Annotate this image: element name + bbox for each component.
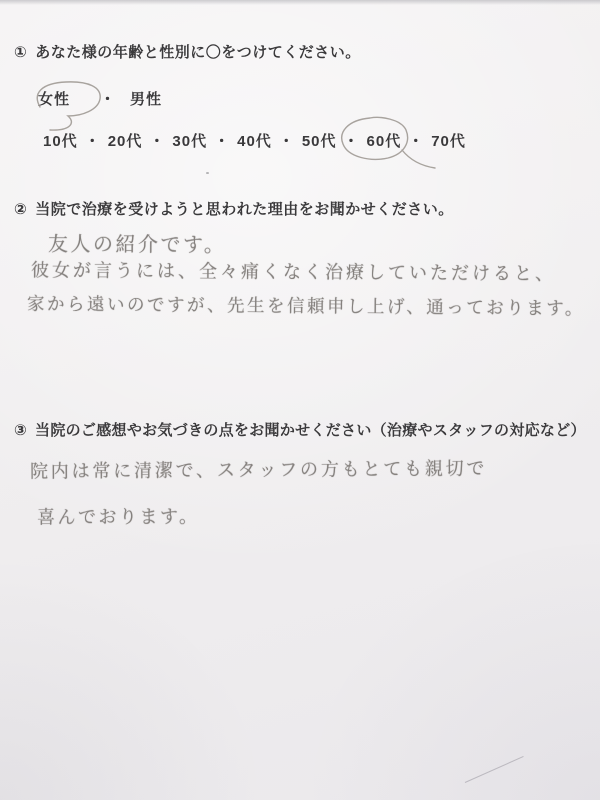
q2-handwritten-line-3: 家から遠いのですが、先生を信頼申し上げ、通っております。 — [27, 291, 585, 321]
q3-handwritten-line-1: 院内は常に清潔で、スタッフの方もとても親切で — [30, 454, 487, 483]
separator-dot: ・ — [408, 130, 424, 151]
question-2-text: 当院で治療を受けようと思われた理由をお聞かせください。 — [35, 201, 454, 218]
q3-handwritten-line-2: 喜んでおります。 — [37, 503, 200, 530]
question-3-text: 当院のご感想やお気づきの点をお聞かせください（治療やスタッフの対応など） — [35, 422, 586, 439]
age-option-50s: 50代 — [302, 130, 337, 151]
question-1-header: ①あなた様の年齢と性別に〇をつけてください。 — [14, 41, 361, 62]
question-3-header: ③当院のご感想やお気づきの点をお聞かせください（治療やスタッフの対応など） — [14, 419, 586, 440]
age-option-60s: 60代 — [367, 130, 402, 151]
question-1-number: ① — [14, 44, 27, 61]
gender-option-female: 女性 — [38, 88, 70, 109]
age-option-20s: 20代 — [108, 130, 143, 151]
question-1-text: あなた様の年齢と性別に〇をつけてください。 — [35, 44, 361, 61]
separator-dot: ・ — [149, 130, 165, 151]
gender-option-male: 男性 — [130, 88, 162, 109]
q2-handwritten-line-2: 彼女が言うには、全々痛くなく治療していただけると、 — [31, 256, 556, 286]
q2-handwritten-line-1: 友人の紹介です。 — [48, 228, 227, 258]
gender-options-row: 女性 ・ 男性 — [38, 88, 162, 109]
age-option-30s: 30代 — [172, 130, 207, 151]
age-option-40s: 40代 — [237, 130, 272, 151]
separator-dot: ・ — [279, 130, 295, 151]
separator-dot: ・ — [100, 88, 116, 109]
question-3-number: ③ — [14, 422, 27, 439]
paper-speck — [206, 172, 209, 174]
paper-top-edge-shadow — [0, 0, 600, 5]
separator-dot: ・ — [85, 130, 101, 151]
age-option-70s: 70代 — [431, 130, 466, 151]
age-options-row: 10代 ・ 20代 ・ 30代 ・ 40代 ・ 50代 ・ 60代 ・ 70代 — [43, 130, 466, 151]
separator-dot: ・ — [214, 130, 230, 151]
questionnaire-photo: ①あなた様の年齢と性別に〇をつけてください。 女性 ・ 男性 10代 ・ 20代… — [0, 0, 600, 800]
age-option-10s: 10代 — [43, 130, 78, 151]
question-2-header: ②当院で治療を受けようと思われた理由をお聞かせください。 — [14, 198, 454, 219]
paper-crease-line — [465, 756, 524, 783]
question-2-number: ② — [14, 201, 27, 218]
separator-dot: ・ — [344, 130, 360, 151]
